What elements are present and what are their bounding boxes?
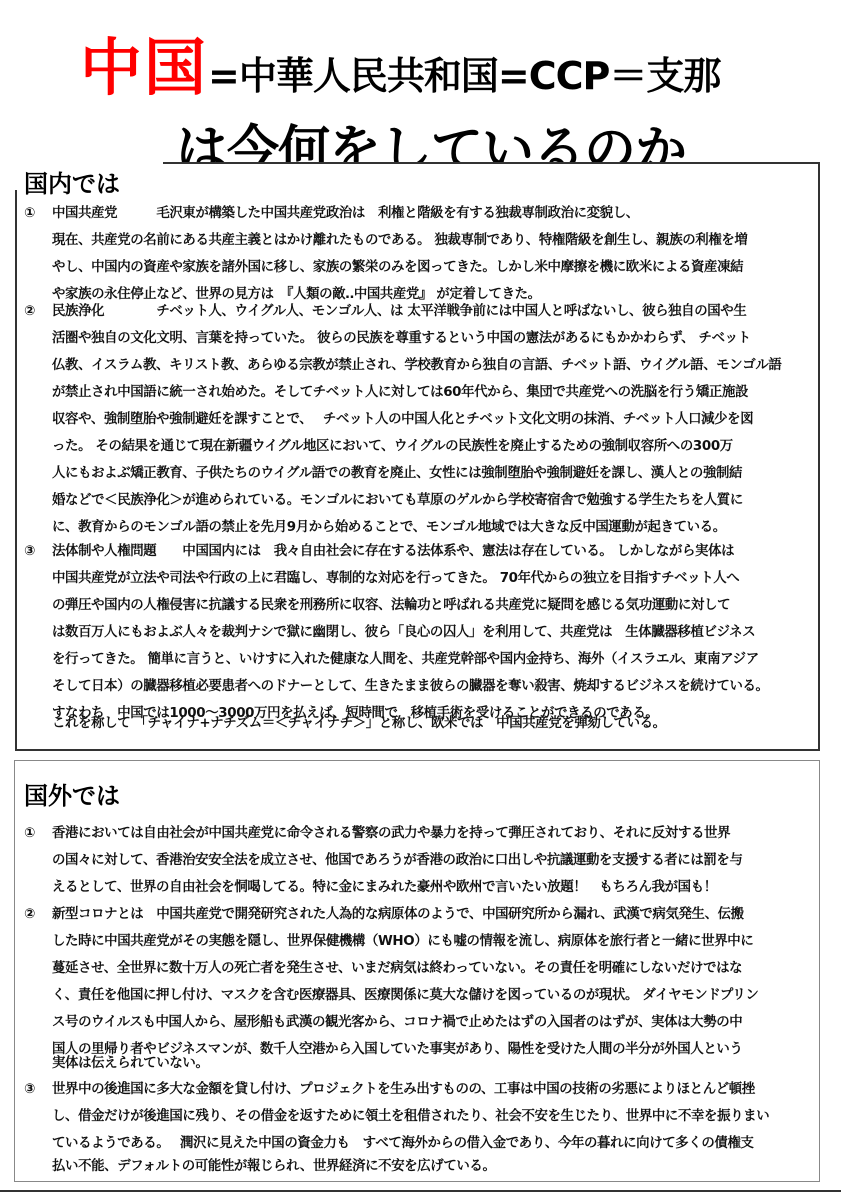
page-title-line1: 中国=中華人民共和国=CCP＝支那 [80, 18, 780, 107]
item-line: の弾圧や国内の人権侵害に抗議する民衆を刑務所に収容、法輪功と呼ばれる共産党に疑問… [52, 594, 730, 613]
item-line: に、教育からのモンゴル語の禁止を先月9月から始めることで、モンゴル地域では大きな… [52, 516, 726, 535]
item-line: これを称して 「チャイナ+ナチズム＝＜チャイナチ＞」と称し、欧米では 中国共産党… [52, 712, 666, 731]
domestic-heading: 国内では [24, 164, 120, 199]
domestic-item-1: ①中国共産党 毛沢東が構築した中国共産党政治は 利権と階級を有する独裁専制政治に… [24, 202, 639, 221]
foreign-item-3: ③世界中の後進国に多大な金額を貸し付け、プロジェクトを生み出すものの、工事は中国… [24, 1078, 755, 1097]
item-number: ① [24, 206, 52, 221]
domestic-item-2: ②民族浄化 チベット人、ウイグル人、モンゴル人、は 太平洋戦争前には中国人と呼ば… [24, 300, 746, 319]
item-line: 中国共産党 毛沢東が構築した中国共産党政治は 利権と階級を有する独裁専制政治に変… [52, 206, 639, 221]
item-number: ② [24, 907, 52, 922]
item-line: 法体制や人権問題 中国国内には 我々自由社会に存在する法体系や、憲法は存在してい… [52, 544, 734, 559]
item-line: った。 その結果を通じて現在新疆ウイグル地区において、ウイグルの民族性を廃止する… [52, 435, 733, 454]
item-line: 現在、共産党の名前にある共産主義とはかけ離れたものである。 独裁専制であり、特権… [52, 229, 747, 248]
domestic-item-3: ③法体制や人権問題 中国国内には 我々自由社会に存在する法体系や、憲法は存在して… [24, 540, 734, 559]
item-line: 中国共産党が立法や司法や行政の上に君臨し、専制的な対応を行ってきた。 70年代か… [52, 567, 739, 586]
item-line: した時に中国共産党がその実態を隠し、世界保健機構（WHO）にも嘘の情報を流し、病… [52, 930, 753, 949]
title-red-text: 中国 [80, 31, 208, 104]
item-line: そして日本）の臓器移植必要患者へのドナーとして、生きたまま彼らの臓器を奪い殺害、… [52, 675, 769, 694]
item-line: 払い不能、デフォルトの可能性が報じられ、世界経済に不安を広げている。 [52, 1155, 496, 1174]
item-line: 蔓延させ、全世界に数十万人の死亡者を発生させ、いまだ病気は終わっていない。その責… [52, 957, 742, 976]
item-line: えるとして、世界の自由社会を恫喝してる。特に金にまみれた豪州や欧州で言いたい放題… [52, 876, 717, 895]
item-line: は数百万人にもおよぶ人々を裁判ナシで獄に幽閉し、彼ら「良心の囚人」を利用して、共… [52, 621, 755, 640]
item-line: 実体は伝えられていない。 [52, 1052, 209, 1071]
item-line: を行ってきた。 簡単に言うと、いけすに入れた健康な人間を、共産党幹部や国内金持ち… [52, 648, 759, 667]
foreign-item-1: ①香港においては自由社会が中国共産党に命令される警察の武力や暴力を持って弾圧され… [24, 822, 730, 841]
foreign-heading: 国外では [24, 776, 120, 811]
page-bottom-rule [0, 1190, 841, 1192]
item-line: やし、中国内の資産や家族を諸外国に移し、家族の繁栄のみを図ってきた。しかし米中摩… [52, 256, 743, 275]
item-line: 人にもおよぶ矯正教育、子供たちのウイグル語での教育を廃止、女性には強制堕胎や強制… [52, 462, 742, 481]
item-line: く、責任を他国に押し付け、マスクを含む医療器具、医療関係に莫大な儲けを図っている… [52, 984, 759, 1003]
item-line: が禁止され中国語に統一され始めた。そしてチベット人に対しては60年代から、集団で… [52, 381, 748, 400]
item-line: ス号のウイルスも中国人から、屋形船も武漢の観光客から、コロナ禍で止めたはずの入国… [52, 1011, 742, 1030]
item-line: 新型コロナとは 中国共産党で開発研究された人為的な病原体のようで、中国研究所から… [52, 907, 744, 922]
item-line: 収容や、強制堕胎や強制避妊を課すことで、 チベット人の中国人化とチベット文化文明… [52, 408, 753, 427]
title-equation-text: =中華人民共和国=CCP＝支那 [208, 54, 720, 98]
item-number: ③ [24, 544, 52, 559]
item-line: 民族浄化 チベット人、ウイグル人、モンゴル人、は 太平洋戦争前には中国人と呼ばな… [52, 304, 746, 319]
item-line: の国々に対して、香港治安安全法を成立させ、他国であろうが香港の政治に口出しや抗議… [52, 849, 742, 868]
item-line: 婚などで＜民族浄化＞が進められている。モンゴルにおいても草原のゲルから学校寄宿舎… [52, 489, 743, 508]
item-number: ① [24, 826, 52, 841]
item-line: ているようである。 潤沢に見えた中国の資金力も すべて海外からの借入金であり、今… [52, 1132, 754, 1151]
foreign-item-2: ②新型コロナとは 中国共産党で開発研究された人為的な病原体のようで、中国研究所か… [24, 903, 744, 922]
item-line: 世界中の後進国に多大な金額を貸し付け、プロジェクトを生み出すものの、工事は中国の… [52, 1082, 755, 1097]
item-line: 活圏や独自の文化文明、言葉を持っていた。 彼らの民族を尊重するという中国の憲法が… [52, 327, 751, 346]
item-line: し、借金だけが後進国に残り、その借金を返すために領土を租借されたり、社会不安を生… [52, 1105, 769, 1124]
item-line: 香港においては自由社会が中国共産党に命令される警察の武力や暴力を持って弾圧されて… [52, 826, 730, 841]
item-line: 仏教、イスラム教、キリスト教、あらゆる宗教が禁止され、学校教育から独自の言語、チ… [52, 354, 781, 373]
domestic-box-top-border [160, 162, 820, 164]
item-number: ③ [24, 1082, 52, 1097]
item-number: ② [24, 304, 52, 319]
